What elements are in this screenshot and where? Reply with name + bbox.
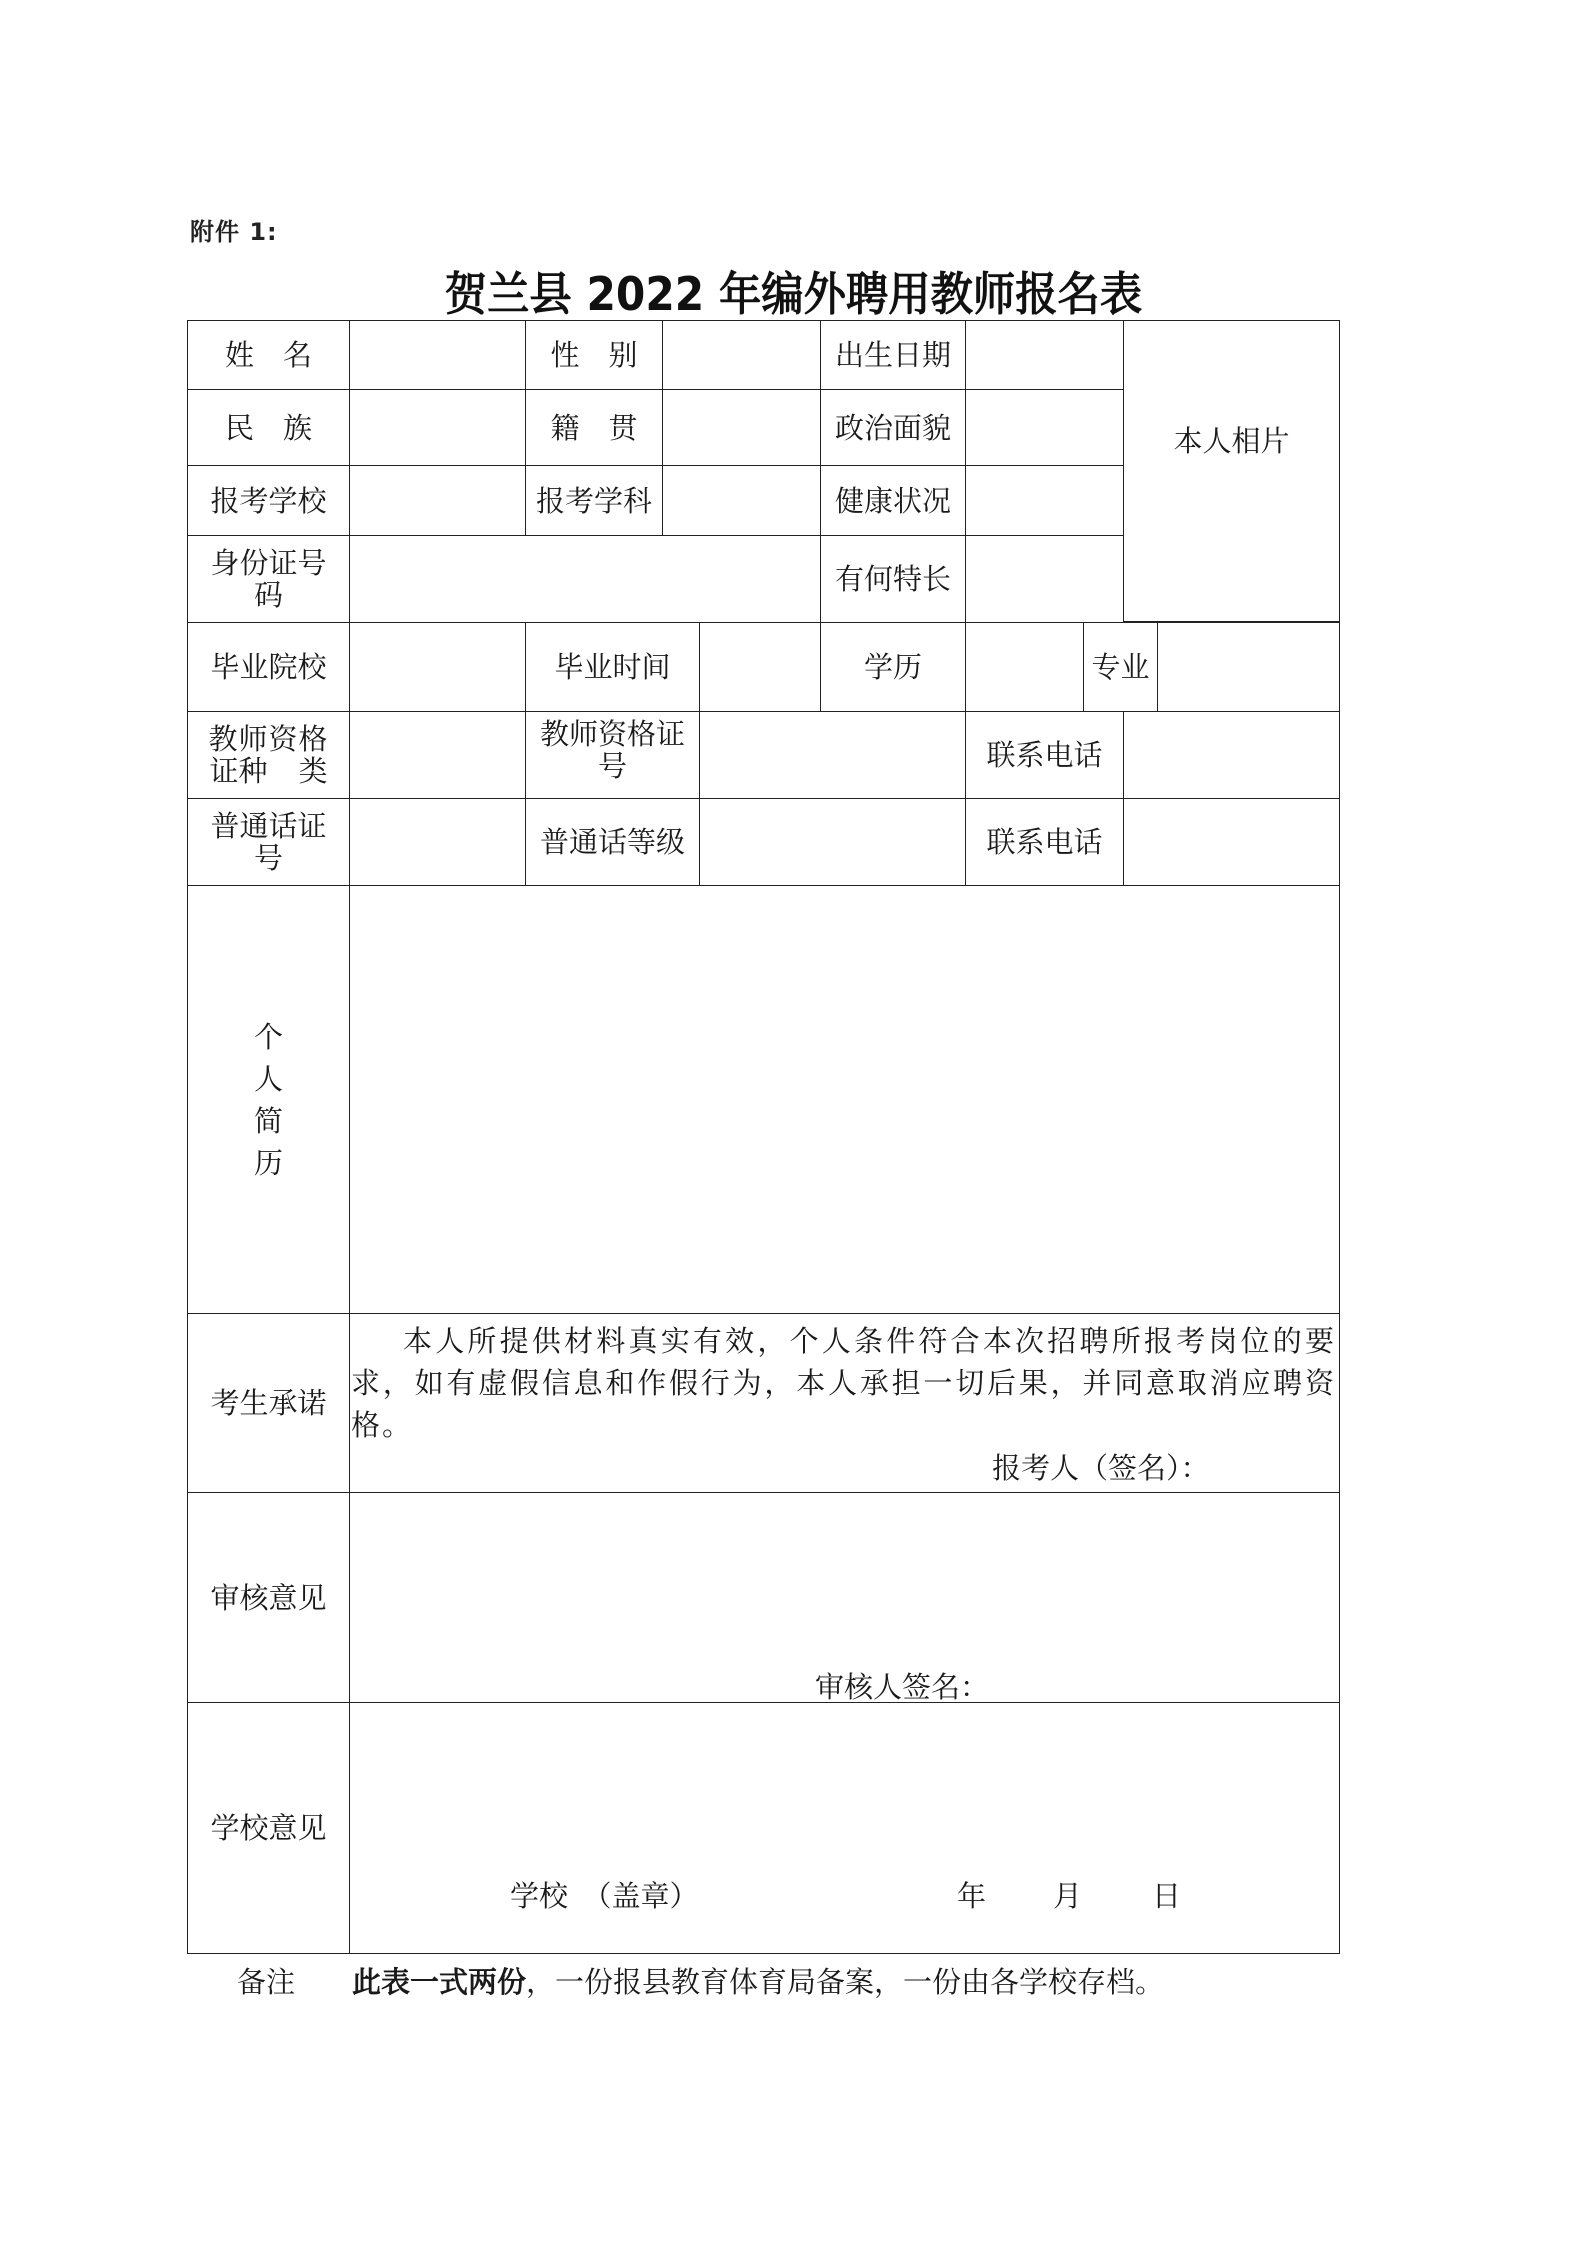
teacher-cert-number-field[interactable] <box>699 711 966 799</box>
birth-date-field[interactable] <box>965 320 1124 390</box>
graduation-time-field[interactable] <box>699 622 821 712</box>
photo-box[interactable]: 本人相片 <box>1123 320 1340 622</box>
note-text-rest: ，一份报县教育体育局备案，一份由各学校存档。 <box>526 1965 1164 1999</box>
phone-field-1[interactable] <box>1123 711 1340 799</box>
teacher-cert-type-label: 教师资格 证种 类 <box>187 711 350 799</box>
date-month-label: 月 <box>1053 1874 1082 1915</box>
id-number-label-line1: 身份证号 <box>210 547 326 579</box>
resume-label-char: 个 <box>254 1016 283 1058</box>
graduation-time-label: 毕业时间 <box>525 622 700 712</box>
specialty-label: 有何特长 <box>820 535 966 623</box>
mandarin-level-label: 普通话等级 <box>525 798 700 886</box>
mandarin-cert-label-line2: 号 <box>254 842 283 874</box>
political-status-label: 政治面貌 <box>820 389 966 466</box>
major-label: 专业 <box>1083 622 1158 712</box>
note-text: 此表一式两份，一份报县教育体育局备案，一份由各学校存档。 <box>352 1960 1164 2001</box>
phone-field-2[interactable] <box>1123 798 1340 886</box>
note-label: 备注 <box>237 1960 295 2001</box>
gender-field[interactable] <box>662 320 821 390</box>
phone-label-2: 联系电话 <box>965 798 1124 886</box>
teacher-cert-number-label-line2: 号 <box>598 750 627 782</box>
pledge-label: 考生承诺 <box>187 1313 350 1493</box>
registration-form-table: 姓 名 性 别 出生日期 本人相片 民 族 籍 贯 政治面貌 报考学校 报考学科… <box>0 0 1587 2245</box>
name-label: 姓 名 <box>187 320 350 390</box>
teacher-cert-number-label-line1: 教师资格证 <box>540 718 685 750</box>
gender-label: 性 别 <box>525 320 663 390</box>
reviewer-signature-label: 审核人签名： <box>815 1665 989 1706</box>
applicant-signature-label: 报考人（签名）： <box>992 1446 1210 1487</box>
teacher-cert-number-label: 教师资格证 号 <box>525 711 700 799</box>
ethnicity-label: 民 族 <box>187 389 350 466</box>
health-label: 健康状况 <box>820 465 966 536</box>
date-year-label: 年 <box>957 1874 986 1915</box>
graduate-school-field[interactable] <box>349 622 526 712</box>
political-status-field[interactable] <box>965 389 1124 466</box>
health-field[interactable] <box>965 465 1124 536</box>
teacher-cert-type-label-line2a: 证种 <box>210 755 268 787</box>
resume-label-char: 简 <box>254 1100 283 1142</box>
ethnicity-field[interactable] <box>349 389 526 466</box>
teacher-cert-type-label-line2b: 类 <box>298 755 327 787</box>
name-field[interactable] <box>349 320 526 390</box>
education-label: 学历 <box>820 622 966 712</box>
apply-subject-label: 报考学科 <box>525 465 663 536</box>
school-opinion-label: 学校意见 <box>187 1702 350 1954</box>
resume-label-char: 历 <box>254 1142 283 1184</box>
native-place-field[interactable] <box>662 389 821 466</box>
mandarin-level-field[interactable] <box>699 798 966 886</box>
id-number-label: 身份证号 码 <box>187 535 350 623</box>
apply-school-field[interactable] <box>349 465 526 536</box>
resume-label-char: 人 <box>254 1058 283 1100</box>
teacher-cert-type-field[interactable] <box>349 711 526 799</box>
major-field[interactable] <box>1157 622 1340 712</box>
apply-school-label: 报考学校 <box>187 465 350 536</box>
graduate-school-label: 毕业院校 <box>187 622 350 712</box>
date-day-label: 日 <box>1152 1874 1181 1915</box>
teacher-cert-type-label-line1: 教师资格 <box>208 723 328 755</box>
phone-label-1: 联系电话 <box>965 711 1124 799</box>
teacher-cert-type-label-line2: 证种 类 <box>210 755 328 787</box>
id-number-field[interactable] <box>349 535 821 623</box>
mandarin-cert-field[interactable] <box>349 798 526 886</box>
apply-subject-field[interactable] <box>662 465 821 536</box>
note-text-bold: 此表一式两份 <box>352 1965 526 1999</box>
school-stamp-label: 学校 （盖章） <box>510 1874 699 1915</box>
photo-label: 本人相片 <box>1173 425 1289 457</box>
pledge-text: 本人所提供材料真实有效，个人条件符合本次招聘所报考岗位的要求，如有虚假信息和作假… <box>351 1320 1336 1446</box>
review-label: 审核意见 <box>187 1492 350 1703</box>
birth-date-label: 出生日期 <box>820 320 966 390</box>
resume-field[interactable] <box>349 885 1340 1314</box>
id-number-label-line2: 码 <box>254 579 283 611</box>
school-opinion-field[interactable] <box>349 1702 1340 1954</box>
mandarin-cert-label-line1: 普通话证 <box>210 810 326 842</box>
resume-label: 个 人 简 历 <box>187 885 350 1314</box>
native-place-label: 籍 贯 <box>525 389 663 466</box>
specialty-field[interactable] <box>965 535 1124 623</box>
mandarin-cert-label: 普通话证 号 <box>187 798 350 886</box>
education-field[interactable] <box>965 622 1084 712</box>
